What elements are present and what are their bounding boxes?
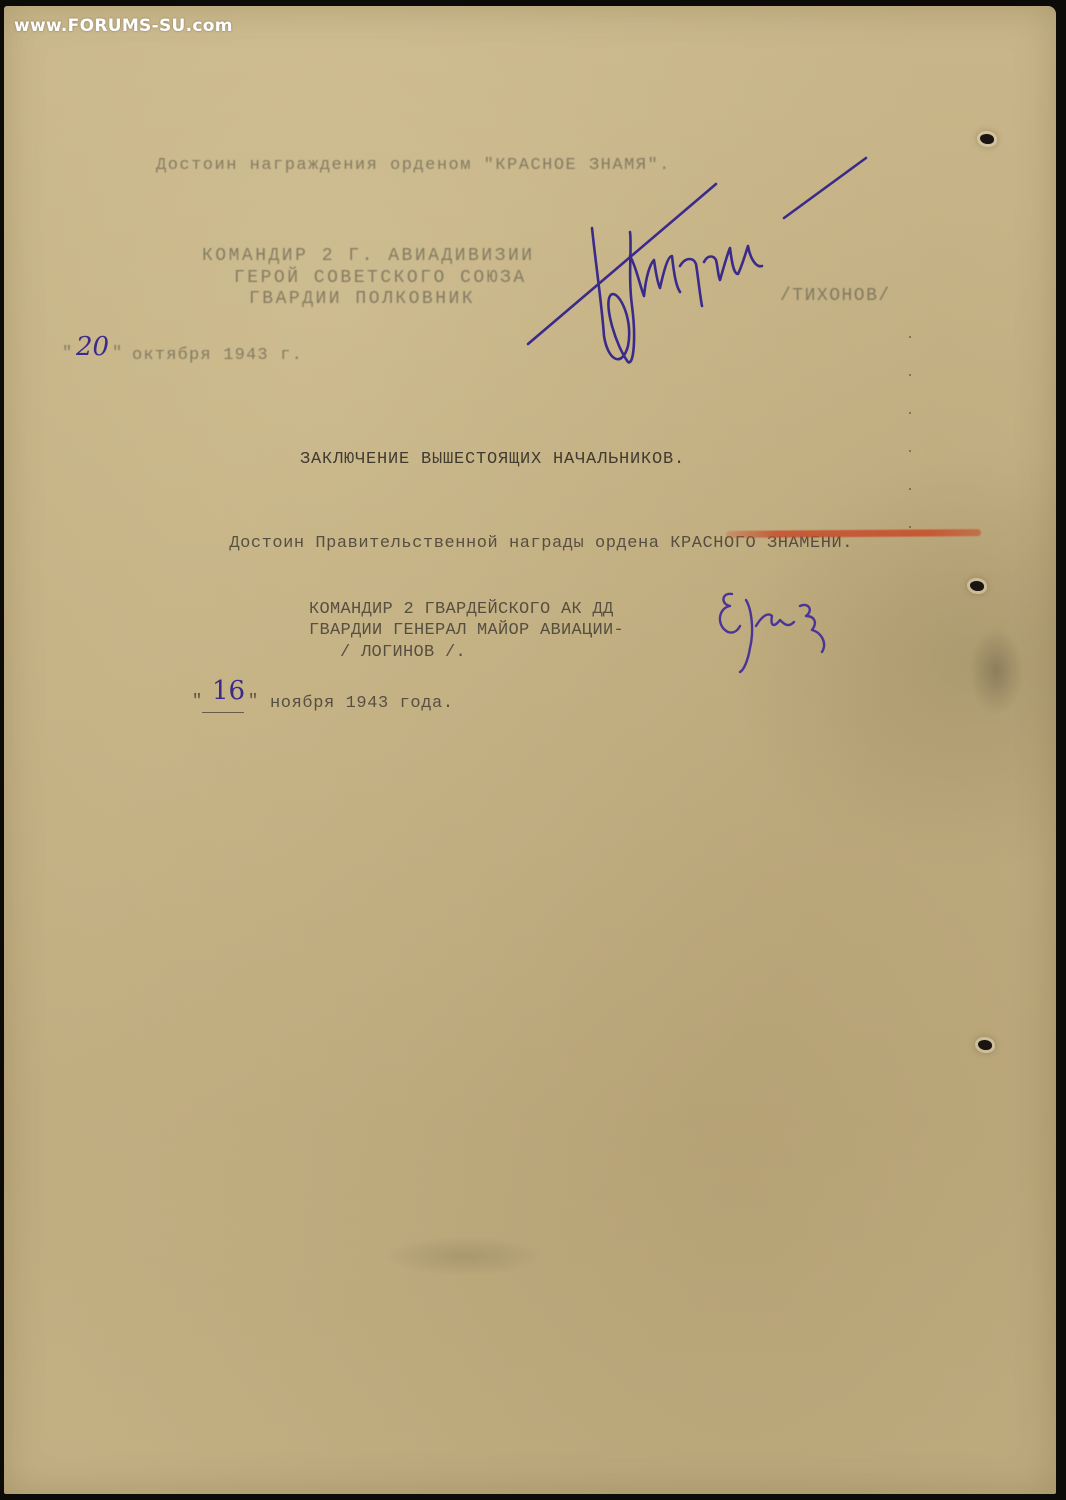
signatory-rank-line-3: ГВАРДИИ ПОЛКОВНИК (249, 289, 475, 309)
date-month-year: октября 1943 г. (132, 346, 303, 365)
punch-hole-icon (970, 581, 984, 591)
date-day-handwritten: 16 (212, 676, 245, 706)
date-open-quote: " (192, 692, 203, 711)
date-day-underline (202, 712, 244, 713)
commander-rank-line-2: ГВАРДИИ ГЕНЕРАЛ МАЙОР АВИАЦИИ- (309, 621, 624, 640)
commander-rank-line-1: КОМАНДИР 2 ГВАРДЕЙСКОГО АК ДД (309, 600, 614, 619)
date-month-year: ноября 1943 года. (270, 694, 454, 713)
date-open-quote: " (62, 344, 73, 363)
signatory-rank-line-1: КОМАНДИР 2 Г. АВИАДИВИЗИИ (202, 246, 535, 266)
conclusion-heading: ЗАКЛЮЧЕНИЕ ВЫШЕСТОЯЩИХ НАЧАЛЬНИКОВ. (300, 450, 685, 469)
punch-hole-icon (978, 1040, 992, 1050)
scan-dots (909, 336, 911, 556)
signature-tikhonov (504, 156, 884, 396)
red-pencil-underline (726, 529, 981, 538)
conclusion-prefix: Достоин Правительственной награды ордена (229, 534, 670, 553)
conclusion-line: Достоин Правительственной награды ордена… (191, 516, 854, 571)
date-close-quote: " (112, 344, 123, 363)
signatory-rank-line-2: ГЕРОЙ СОВЕТСКОГО СОЮЗА (234, 268, 527, 288)
signature-loginov (710, 586, 850, 681)
date-close-quote: " (248, 692, 259, 711)
commander-name: / ЛОГИНОВ /. (340, 643, 466, 662)
punch-hole-icon (980, 134, 994, 144)
watermark: www.FORUMS-SU.com (14, 16, 233, 36)
document-page: www.FORUMS-SU.com Достоин награждения ор… (4, 6, 1056, 1494)
smudge-stain (969, 626, 1024, 716)
smudge-stain (384, 1236, 544, 1276)
date-day-handwritten: 20 (76, 332, 109, 362)
